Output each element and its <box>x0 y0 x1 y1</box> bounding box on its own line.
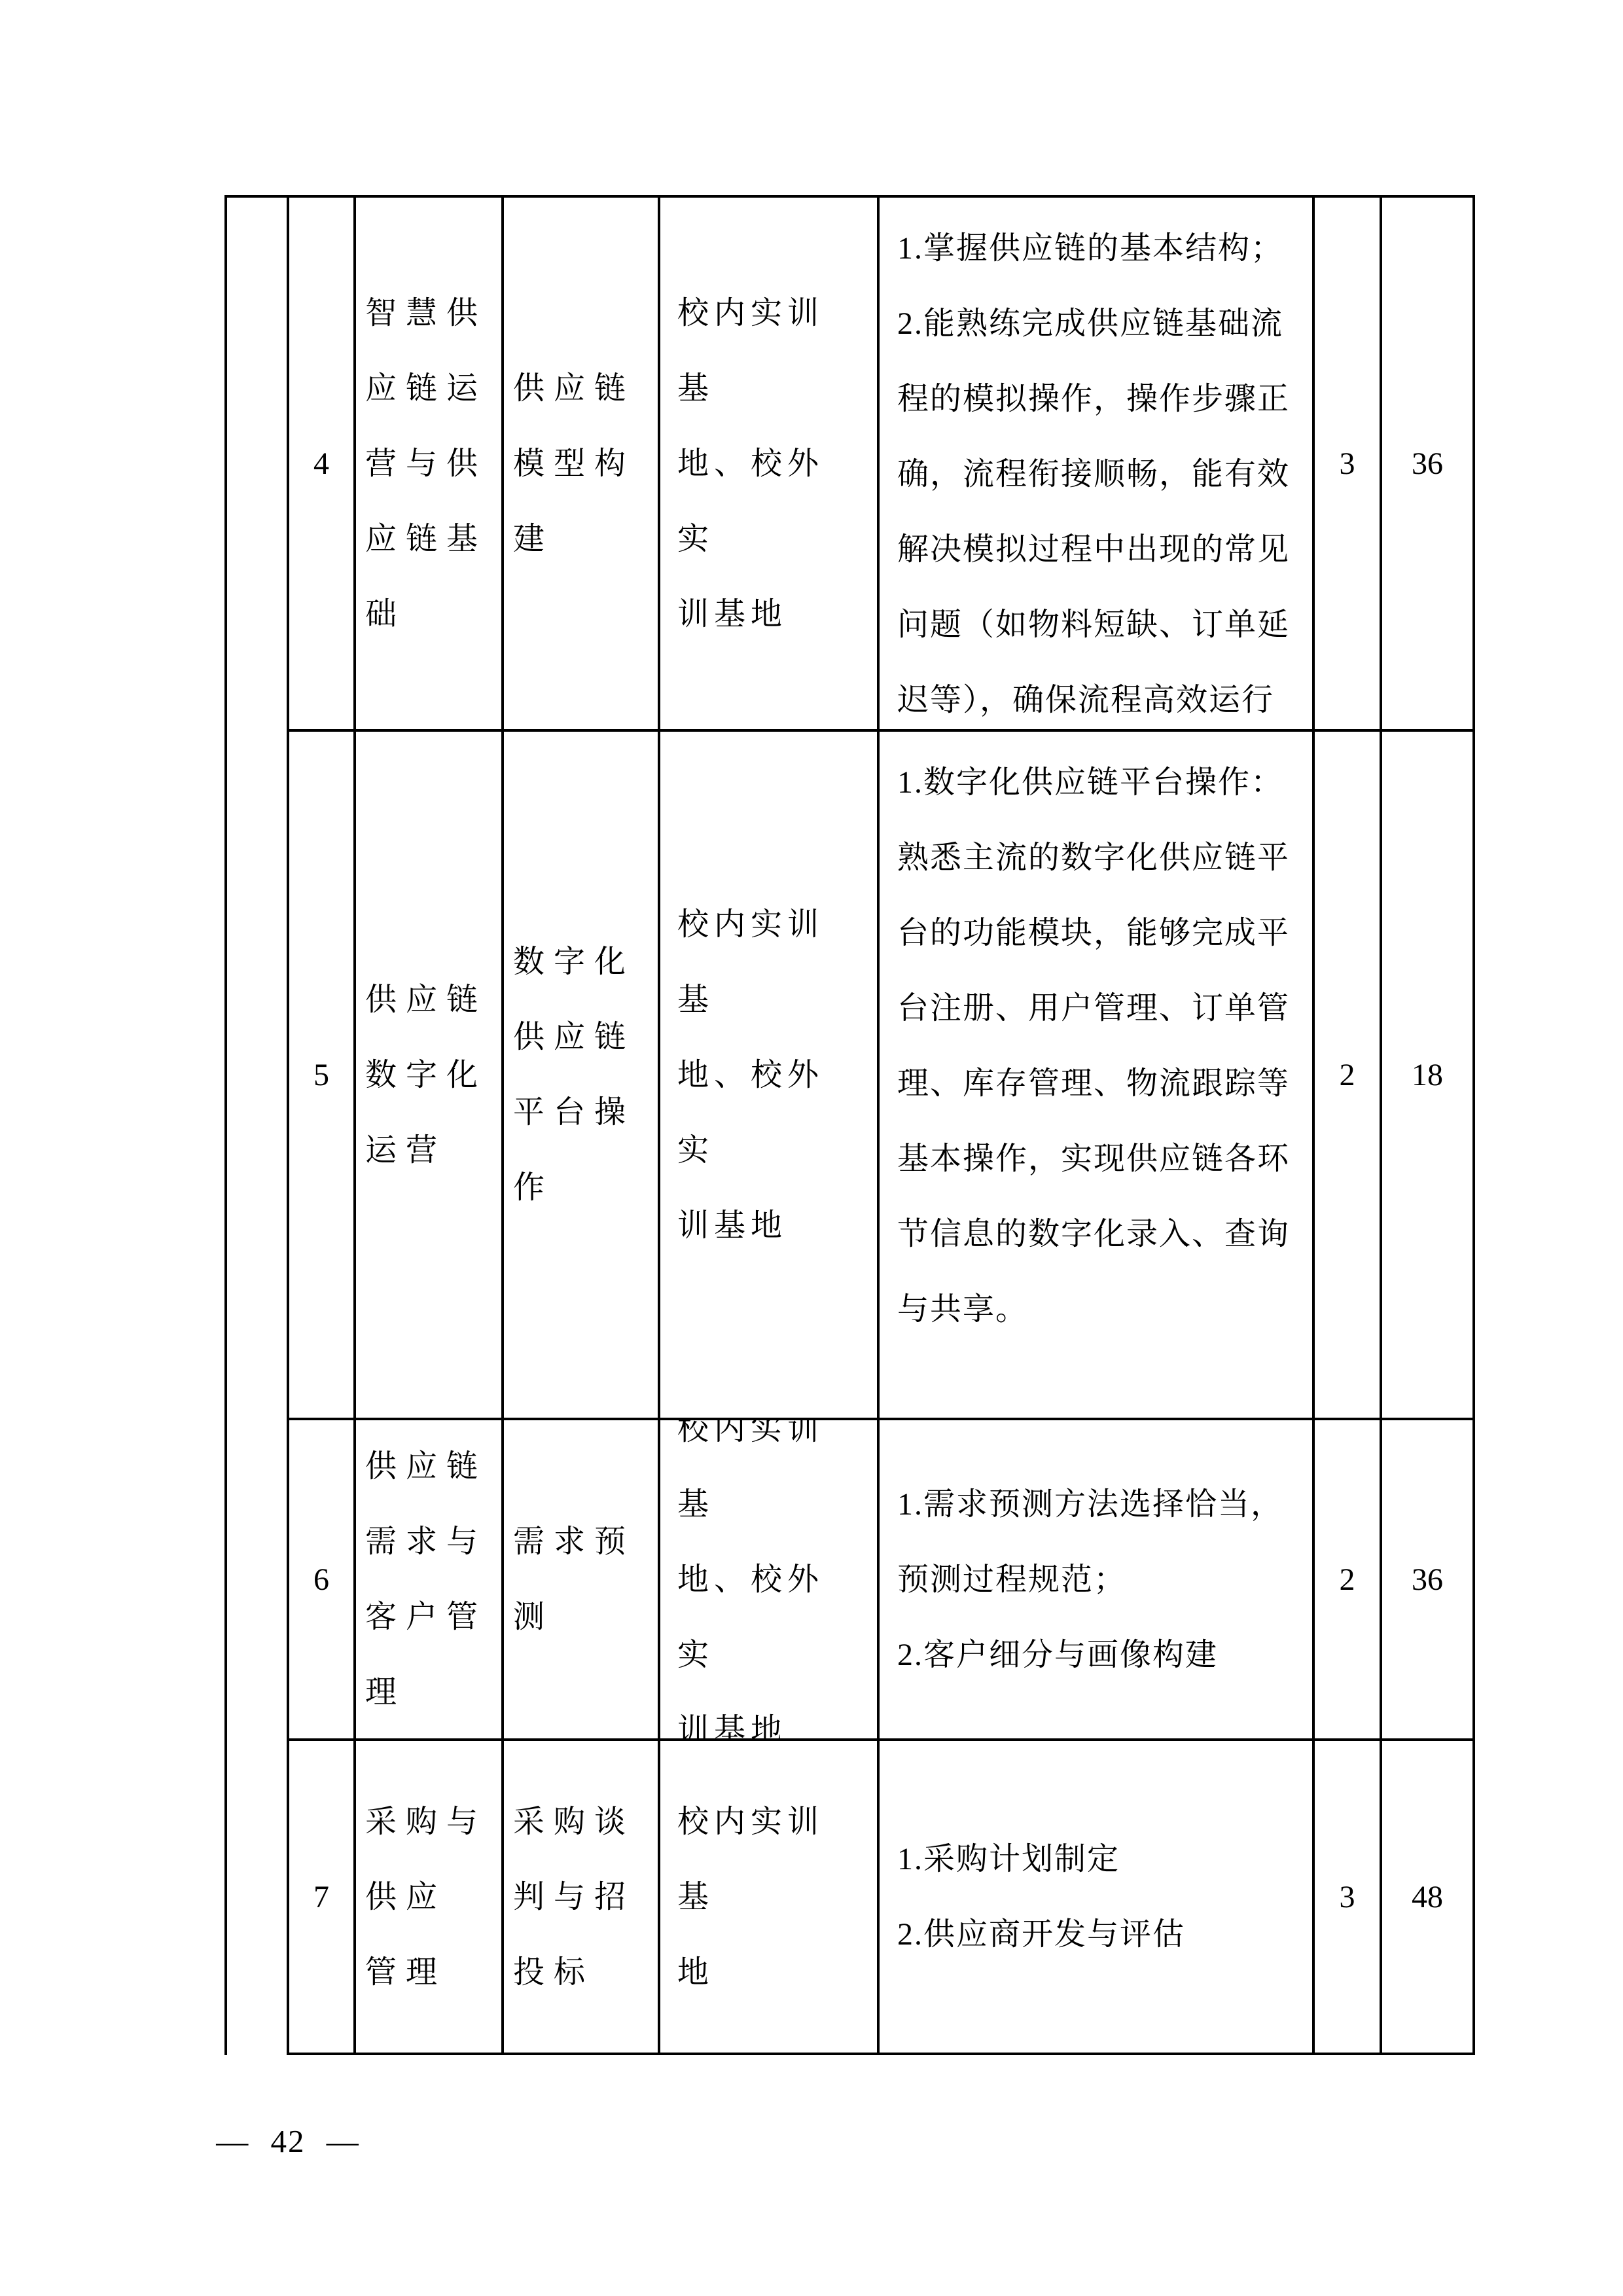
spanning-empty-cell <box>224 198 289 2055</box>
course-name-cell: 供应链 需求与 客户管 理 <box>356 1420 504 1741</box>
row-number-cell: 5 <box>289 732 356 1420</box>
hours-cell: 36 <box>1382 198 1475 732</box>
table-grid: 4 智慧供 应链运 营与供 应链基 础 供应链 模型构 建 校内实训基 地、校外… <box>289 198 1475 2055</box>
requirements-cell: 1.采购计划制定 2.供应商开发与评估 <box>880 1741 1315 2055</box>
hours-cell: 18 <box>1382 732 1475 1420</box>
row-number-cell: 4 <box>289 198 356 732</box>
row-number-cell: 7 <box>289 1741 356 2055</box>
credits-cell: 2 <box>1315 1420 1382 1741</box>
requirements-cell: 1.需求预测方法选择恰当， 预测过程规范； 2.客户细分与画像构建 <box>880 1420 1315 1741</box>
venue-cell: 校内实训基 地、校外实 训基地 <box>660 198 880 732</box>
module-cell: 采购谈 判与招 投标 <box>504 1741 660 2055</box>
page-number: — 42 — <box>208 2104 368 2179</box>
credits-cell: 3 <box>1315 198 1382 732</box>
hours-cell: 48 <box>1382 1741 1475 2055</box>
credits-cell: 2 <box>1315 732 1382 1420</box>
module-cell: 供应链 模型构 建 <box>504 198 660 732</box>
credits-cell: 3 <box>1315 1741 1382 2055</box>
hours-cell: 36 <box>1382 1420 1475 1741</box>
venue-cell: 校内实训基 地 <box>660 1741 880 2055</box>
module-cell: 需求预 测 <box>504 1420 660 1741</box>
document-page: 4 智慧供 应链运 营与供 应链基 础 供应链 模型构 建 校内实训基 地、校外… <box>0 0 1623 2296</box>
module-cell: 数字化 供应链 平台操 作 <box>504 732 660 1420</box>
requirements-cell: 1.掌握供应链的基本结构； 2.能熟练完成供应链基础流 程的模拟操作，操作步骤正… <box>880 198 1315 732</box>
venue-cell: 校内实训基 地、校外实 训基地 <box>660 1420 880 1741</box>
requirements-cell: 1.数字化供应链平台操作： 熟悉主流的数字化供应链平 台的功能模块，能够完成平 … <box>880 732 1315 1420</box>
course-name-cell: 智慧供 应链运 营与供 应链基 础 <box>356 198 504 732</box>
curriculum-table: 4 智慧供 应链运 营与供 应链基 础 供应链 模型构 建 校内实训基 地、校外… <box>224 195 1475 2055</box>
course-name-cell: 供应链 数字化 运营 <box>356 732 504 1420</box>
course-name-cell: 采购与 供应 管理 <box>356 1741 504 2055</box>
venue-cell: 校内实训基 地、校外实 训基地 <box>660 732 880 1420</box>
row-number-cell: 6 <box>289 1420 356 1741</box>
